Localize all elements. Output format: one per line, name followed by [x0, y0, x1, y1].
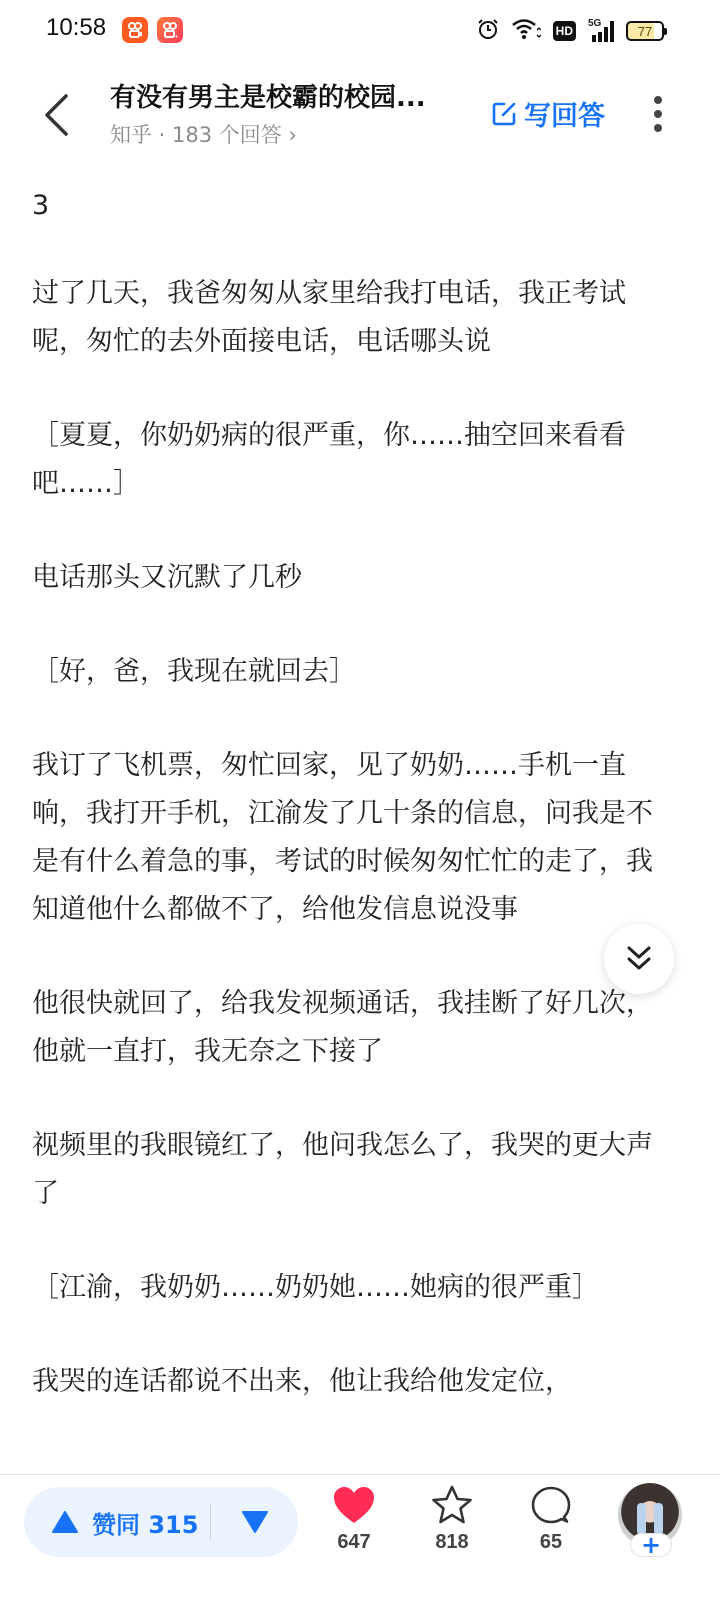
write-answer-label: 写回答 [524, 94, 605, 133]
like-count: 647 [337, 1531, 370, 1554]
paragraph: 我哭的连话都说不出来，他让我给他发定位， [32, 1358, 678, 1406]
triangle-up-icon [52, 1511, 78, 1533]
paragraph: 他很快就回了，给我发视频通话，我挂断了好几次，他就一直打，我无奈之下接了 [32, 980, 678, 1076]
answer-count-link[interactable]: 知乎 · 183 个回答 › [110, 118, 470, 152]
heart-icon [332, 1485, 376, 1525]
battery-icon: 77 [626, 21, 664, 41]
status-icons: HD 5G 77 [477, 16, 664, 46]
wifi-icon [511, 18, 541, 44]
comment-button[interactable]: 65 [511, 1485, 591, 1554]
paragraph: ［江渝，我奶奶……奶奶她……她病的很严重］ [32, 1264, 678, 1312]
kuaishou-lite-app-icon [157, 17, 183, 43]
more-dot-icon [654, 110, 662, 118]
question-header: 有没有男主是校霸的校园... 知乎 · 183 个回答 › 写回答 [0, 62, 720, 168]
follow-button[interactable]: + [630, 1533, 672, 1557]
status-time: 10:58 [46, 14, 106, 42]
chevron-left-icon [42, 93, 70, 137]
upvote-button[interactable]: 赞同 315 [24, 1505, 210, 1540]
favorite-button[interactable]: 818 [412, 1485, 492, 1554]
section-number: 3 [32, 176, 678, 236]
paragraph: ［夏夏，你奶奶病的很严重，你……抽空回来看看吧……］ [32, 412, 678, 508]
alarm-icon [477, 18, 499, 44]
bottom-action-bar: 赞同 315 647 818 65 + [0, 1474, 720, 1600]
back-button[interactable] [36, 90, 76, 140]
author-follow[interactable]: + [618, 1483, 682, 1567]
like-button[interactable]: 647 [314, 1485, 394, 1554]
vote-pill: 赞同 315 [24, 1487, 298, 1557]
more-options-button[interactable] [646, 94, 670, 134]
paragraph: 视频里的我眼镜红了，他问我怎么了，我哭的更大声了 [32, 1122, 678, 1218]
edit-icon [490, 100, 518, 128]
double-chevron-down-icon [626, 945, 652, 973]
triangle-down-icon [242, 1511, 268, 1533]
favorite-count: 818 [435, 1531, 468, 1554]
write-answer-button[interactable]: 写回答 [490, 94, 605, 133]
paragraph: 电话那头又沉默了几秒 [32, 554, 678, 602]
more-dot-icon [654, 96, 662, 104]
upvote-label: 赞同 315 [92, 1505, 198, 1540]
answer-content: 3 过了几天，我爸匆匆从家里给我打电话，我正考试呢，匆忙的去外面接电话，电话哪头… [32, 176, 678, 1452]
question-title[interactable]: 有没有男主是校霸的校园... [110, 80, 470, 116]
comment-bubble-icon [529, 1485, 573, 1525]
paragraph: ［好，爸，我现在就回去］ [32, 648, 678, 696]
downvote-button[interactable] [211, 1511, 298, 1533]
question-title-block[interactable]: 有没有男主是校霸的校园... 知乎 · 183 个回答 › [110, 80, 470, 152]
hd-icon: HD [553, 21, 576, 41]
next-answer-button[interactable] [604, 924, 674, 994]
paragraph: 我订了飞机票，匆忙回家，见了奶奶……手机一直响，我打开手机，江渝发了几十条的信息… [32, 742, 678, 934]
5g-signal-icon: 5G [588, 20, 614, 42]
status-bar: 10:58 HD 5G 77 [0, 0, 720, 62]
more-dot-icon [654, 124, 662, 132]
comment-count: 65 [540, 1531, 562, 1554]
star-icon [430, 1485, 474, 1525]
paragraph: 过了几天，我爸匆匆从家里给我打电话，我正考试呢，匆忙的去外面接电话，电话哪头说 [32, 270, 678, 366]
kuaishou-app-icon [122, 17, 148, 43]
